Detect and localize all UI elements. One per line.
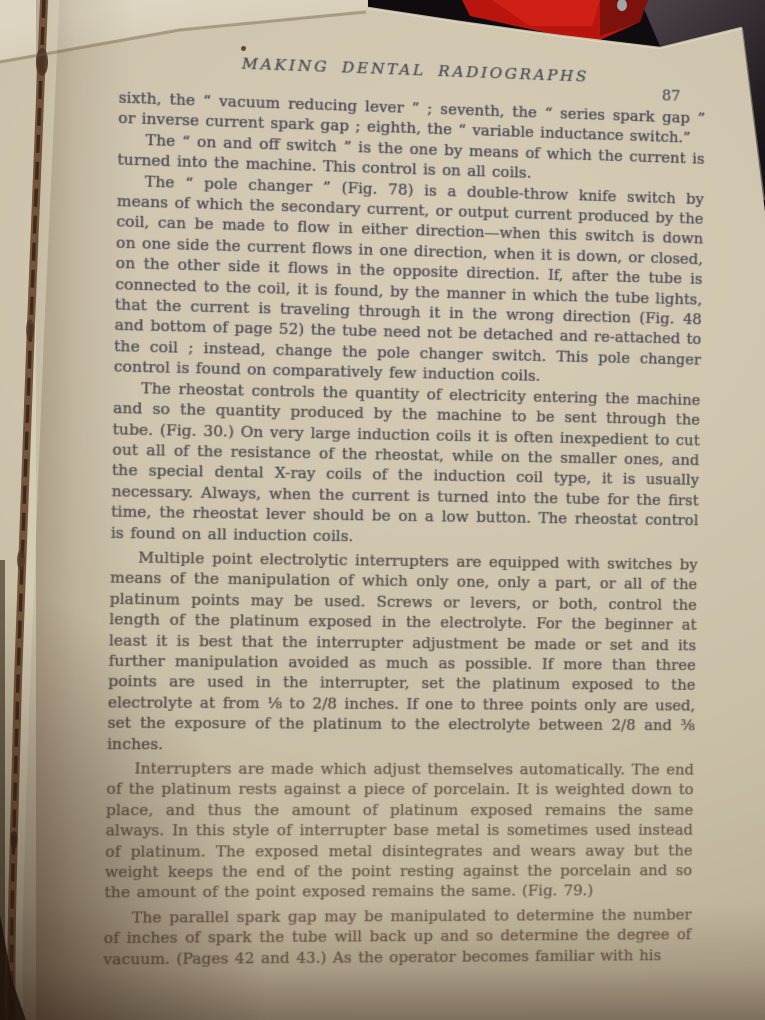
paragraph-pole-changer: The “ pole changer ” (Fig. 78) is a doub… — [114, 170, 704, 390]
page-number: 87 — [662, 86, 681, 104]
book-photo: MAKING DENTAL RADIOGRAPHS 87 sixth, the … — [0, 0, 765, 1020]
paragraph-rheostat: The rheostat controls the quantity of el… — [111, 377, 701, 551]
bottom-edge-shadow — [0, 905, 765, 1020]
